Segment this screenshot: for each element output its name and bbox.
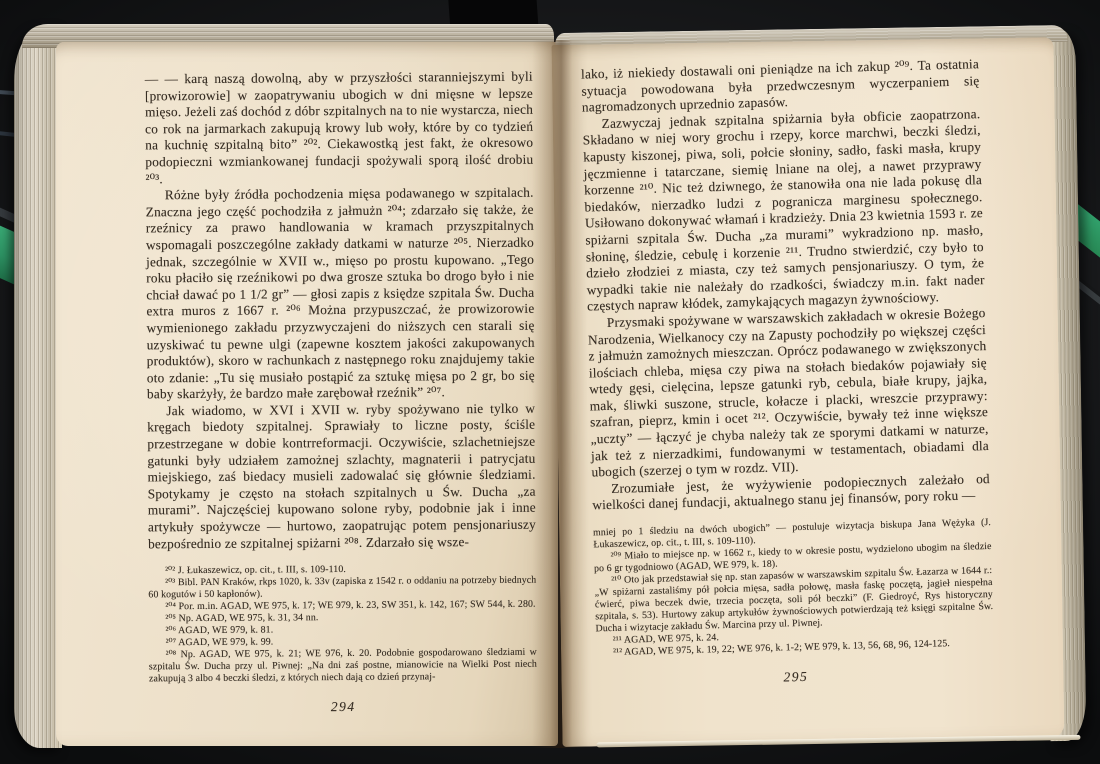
body-paragraph: Jak wiadomo, w XVI i XVII w. ryby spożyw… xyxy=(147,401,536,553)
page-number: 294 xyxy=(149,698,537,717)
body-paragraph: — — karą naszą dowolną, aby w przyszłośc… xyxy=(145,69,534,188)
footnote: ²⁰⁸ Np. AGAD, WE 975, k. 21; WE 976, k. … xyxy=(149,647,537,686)
footnotes-left: ²⁰² J. Łukaszewicz, op. cit., t. III, s.… xyxy=(148,563,537,686)
footnote: ²⁰³ Bibl. PAN Kraków, rkps 1020, k. 33v … xyxy=(148,575,536,602)
page-edge-stack-left xyxy=(14,26,62,748)
body-paragraph: Zazwyczaj jednak szpitalna spiżarnia był… xyxy=(582,106,985,315)
left-page-text: — — karą naszą dowolną, aby w przyszłośc… xyxy=(145,69,537,718)
right-page-text: lako, iż niekiedy dostawali oni pieniądz… xyxy=(581,56,995,691)
footnotes-right: mniej po 1 śledziu na dwóch ubogich” — p… xyxy=(593,517,994,659)
photo-background: — — karą naszą dowolną, aby w przyszłośc… xyxy=(0,0,1100,764)
footnote: ²¹⁰ Oto jak przedstawiał się np. stan za… xyxy=(594,565,993,635)
left-page: — — karą naszą dowolną, aby w przyszłośc… xyxy=(14,24,558,750)
body-paragraph: Przysmaki spożywane w warszawskich zakła… xyxy=(587,305,989,481)
body-paragraph: Różne były źródła pochodzenia mięsa poda… xyxy=(146,185,535,403)
open-book: — — karą naszą dowolną, aby w przyszłośc… xyxy=(14,18,1084,752)
right-page: lako, iż niekiedy dostawali oni pieniądz… xyxy=(551,25,1089,755)
